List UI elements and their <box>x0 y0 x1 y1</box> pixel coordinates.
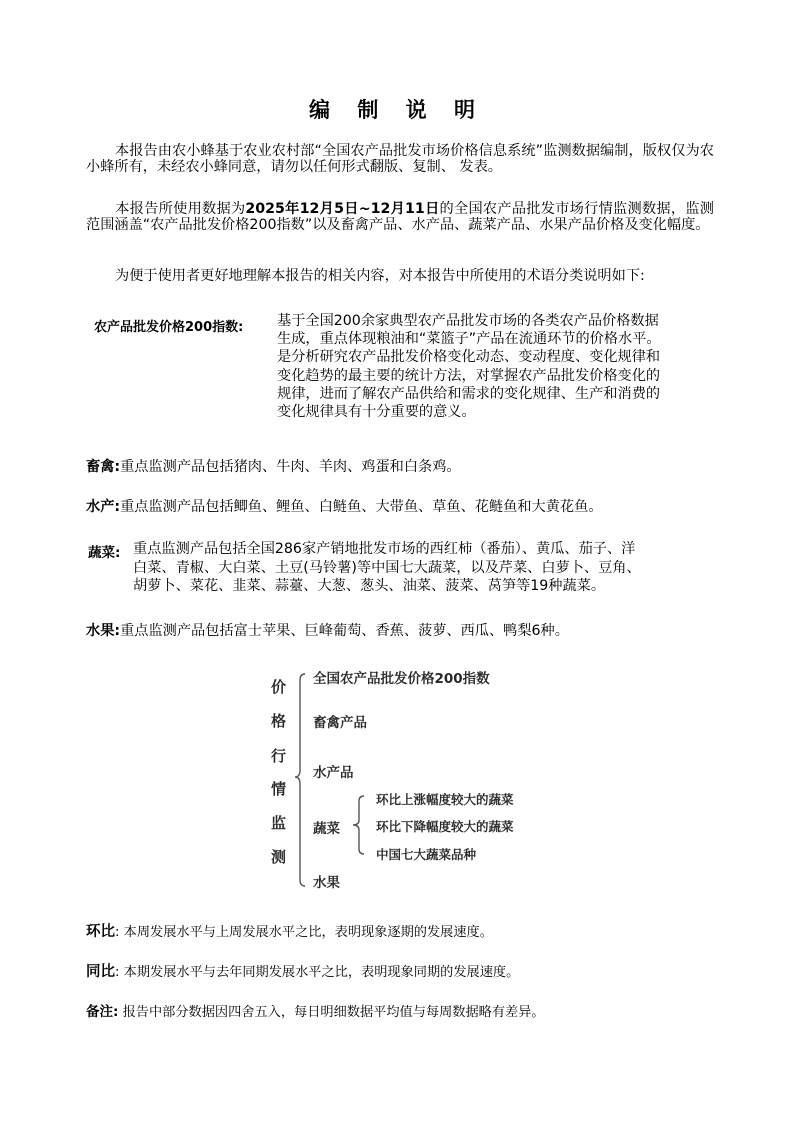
definition-line: 变化趋势的最主要的统计方法，对掌握农产品批发价格变化的 <box>277 367 715 385</box>
page-title: 编 制 说 明 <box>0 94 794 124</box>
definition-line: 基于全国200余家典型农产品批发市场的各类农产品价格数据 <box>277 312 715 330</box>
terminology-intro-text: 为便于使用者更好地理解本报告的相关内容，对本报告中所使用的术语分类说明如下: <box>115 268 645 284</box>
livestock-category: 畜禽:重点监测产品包括猪肉、牛肉、羊肉、鸡蛋和白条鸡。 <box>86 459 461 476</box>
yoy-note: 同比: 本期发展水平与去年同期发展水平之比，表明现象同期的发展速度。 <box>86 960 519 981</box>
diagram-subitem-seven-major: 中国七大蔬菜品种 <box>376 845 476 863</box>
definition-line: 变化规律具有十分重要的意义。 <box>277 403 715 421</box>
data-scope-paragraph: 本报告所使用数据为2025年12月5日~12月11日的全国农产品批发市场行情监测… <box>86 201 714 233</box>
aquatic-text: 重点监测产品包括鲫鱼、鲤鱼、白鲢鱼、大带鱼、草鱼、花鲢鱼和大黄花鱼。 <box>120 499 602 515</box>
copyright-text: 本报告由农小蜂基于农业农村部“全国农产品批发市场价格信息系统”监测数据编制，版权… <box>86 143 714 175</box>
aquatic-category: 水产:重点监测产品包括鲫鱼、鲤鱼、白鲢鱼、大带鱼、草鱼、花鲢鱼和大黄花鱼。 <box>86 499 602 516</box>
diagram-root-char: 监 <box>271 812 286 833</box>
diagram-item-vegetables: 蔬菜 <box>313 817 340 837</box>
definition-line: 规律，进而了解农产品供给和需求的变化规律、生产和消费的 <box>277 385 715 403</box>
vegetables-label: 蔬菜: <box>88 541 120 561</box>
fruit-label: 水果: <box>86 623 120 639</box>
remark-note: 备注: 报告中部分数据因四舍五入，每日明细数据平均值与每周数据略有差异。 <box>86 1000 545 1020</box>
index-term-label: 农产品批发价格200指数: <box>94 316 243 335</box>
fruit-text: 重点监测产品包括富士苹果、巨峰葡萄、香蕉、菠萝、西瓜、鸭梨6种。 <box>120 623 569 639</box>
diagram-root-char: 价 <box>271 676 286 697</box>
livestock-label: 畜禽: <box>86 459 120 475</box>
yoy-label: 同比 <box>86 964 115 980</box>
diagram-item-fruit: 水果 <box>313 871 340 891</box>
diagram-root-char: 格 <box>271 710 286 731</box>
fruit-category: 水果:重点监测产品包括富士苹果、巨峰葡萄、香蕉、菠萝、西瓜、鸭梨6种。 <box>86 623 569 640</box>
diagram-root-char: 情 <box>271 778 286 799</box>
remark-text: 报告中部分数据因四舍五入，每日明细数据平均值与每周数据略有差异。 <box>118 1005 544 1020</box>
mom-label: 环比 <box>86 924 115 940</box>
livestock-text: 重点监测产品包括猪肉、牛肉、羊肉、鸡蛋和白条鸡。 <box>120 459 461 475</box>
vegetables-line: 白菜、青椒、大白菜、土豆(马铃薯)等中国七大蔬菜，以及芹菜、白萝卜、豆角、 <box>133 559 715 578</box>
vegetables-line: 重点监测产品包括全国286家产销地批发市场的西红柿（番茄）、黄瓜、茄子、洋 <box>133 540 715 559</box>
diagram-item-aquatic: 水产品 <box>313 761 354 781</box>
remark-label: 备注: <box>86 1004 118 1020</box>
aquatic-label: 水产: <box>86 499 120 515</box>
diagram-root-char: 行 <box>271 745 286 766</box>
diagram-item-livestock: 畜禽产品 <box>313 711 367 731</box>
diagram-root-char: 测 <box>271 846 286 867</box>
vegetables-text: 重点监测产品包括全国286家产销地批发市场的西红柿（番茄）、黄瓜、茄子、洋 白菜… <box>133 540 715 596</box>
vegetable-brace-icon <box>352 794 366 856</box>
mom-text: : 本周发展水平与上周发展水平之比，表明现象逐期的发展速度。 <box>115 925 493 940</box>
definition-line: 生成，重点体现粮油和“菜篮子”产品在流通环节的价格水平。 <box>277 330 715 348</box>
diagram-item-index: 全国农产品批发价格200指数 <box>313 667 490 687</box>
vegetables-line: 胡萝卜、菜花、韭菜、蒜薹、大葱、葱头、油菜、菠菜、莴笋等19种蔬菜。 <box>133 577 715 596</box>
definition-line: 是分析研究农产品批发价格变化动态、变动程度、变化规律和 <box>277 348 715 366</box>
data-scope-prefix: 本报告所使用数据为 <box>115 201 245 217</box>
terminology-intro: 为便于使用者更好地理解本报告的相关内容，对本报告中所使用的术语分类说明如下: <box>86 266 714 286</box>
mom-note: 环比: 本周发展水平与上周发展水平之比，表明现象逐期的发展速度。 <box>86 920 493 941</box>
date-range: 2025年12月5日~12月11日 <box>245 201 439 217</box>
yoy-text: : 本期发展水平与去年同期发展水平之比，表明现象同期的发展速度。 <box>115 965 519 980</box>
diagram-subitem-rising: 环比上涨幅度较大的蔬菜 <box>376 790 514 808</box>
main-brace-icon <box>294 672 308 890</box>
diagram-subitem-falling: 环比下降幅度较大的蔬菜 <box>376 817 514 835</box>
index-term-definition: 基于全国200余家典型农产品批发市场的各类农产品价格数据 生成，重点体现粮油和“… <box>277 312 715 421</box>
copyright-paragraph: 本报告由农小蜂基于农业农村部“全国农产品批发市场价格信息系统”监测数据编制，版权… <box>86 143 714 175</box>
